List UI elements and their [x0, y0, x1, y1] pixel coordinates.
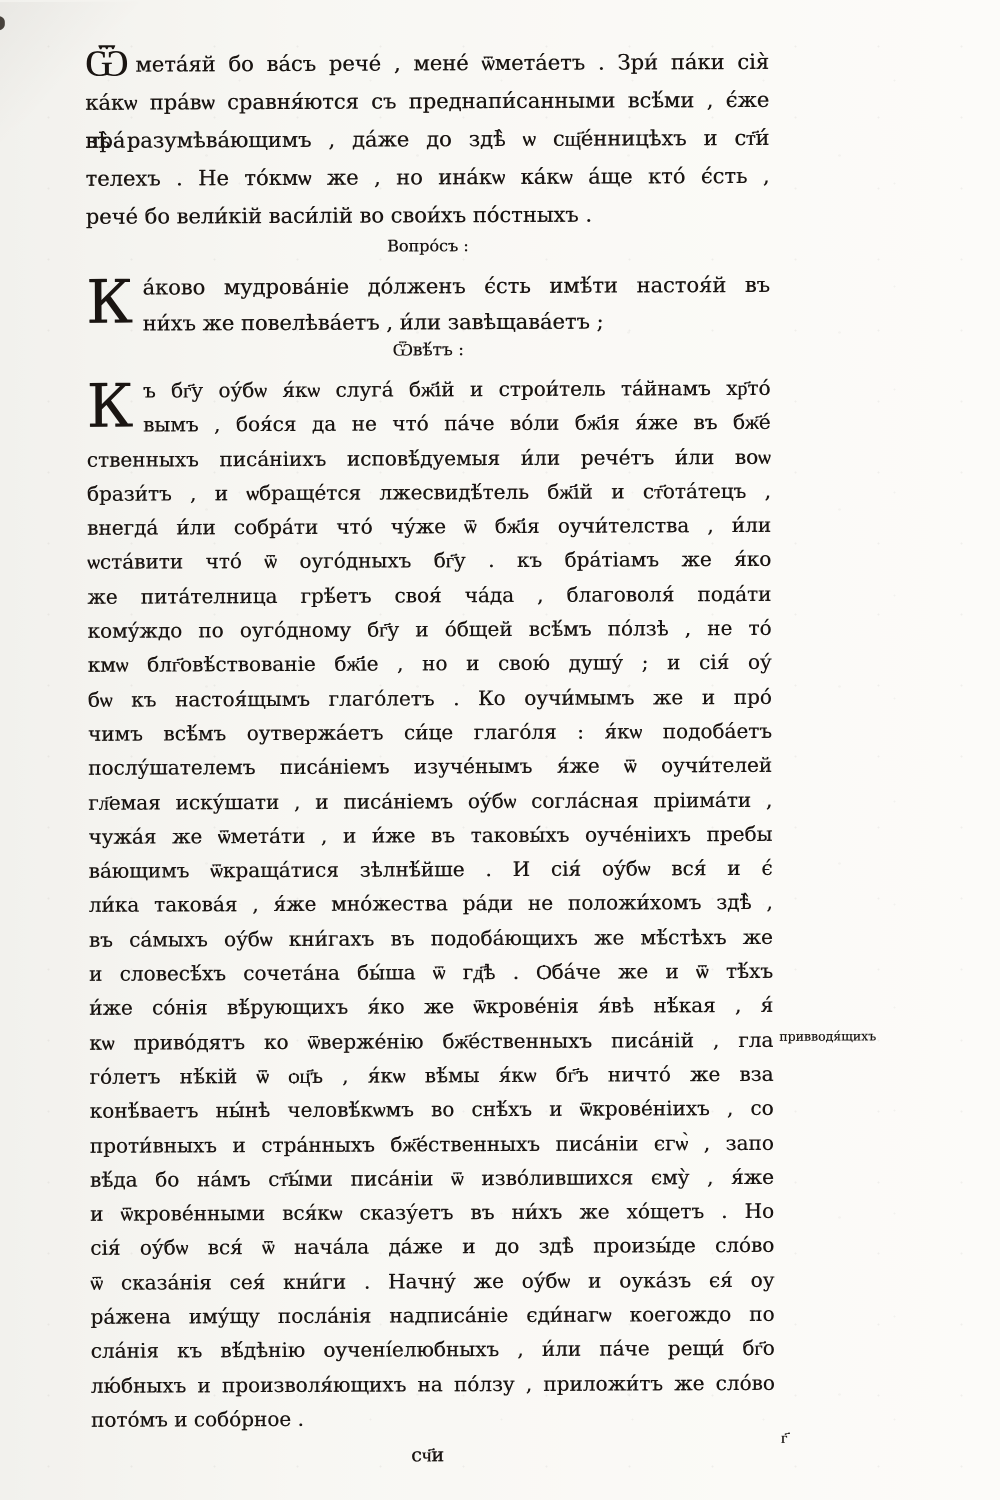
text-line: вѣ́да бо на́мъ ст҃ы́ми писа́ніи ѿ изво́л…: [90, 1160, 774, 1197]
answer-heading: Ѿвѣ́тъ :: [86, 339, 770, 362]
text-line: внегда́ и́ли собра́ти что́ чу́же ѿ бж҃ія…: [87, 508, 771, 545]
page-number: сч҃и: [411, 1444, 444, 1467]
margin-note: привводя́щихъ: [779, 1028, 876, 1043]
text-line: вѣ̀ разумѣва́ющимъ , да́же до здѣ̀ ѡ сщ҃…: [85, 119, 769, 160]
text-line: конѣ́ваетъ ны́нѣ человѣ́кѡмъ во снѣ́хъ и…: [89, 1091, 773, 1128]
paragraph-question: К а́ково мудрова́ніе до́лженъ є́сть имѣ́…: [86, 267, 770, 342]
text-line: ни́хъ же повелѣва́етъ , и́ли завѣщава́ет…: [86, 303, 770, 342]
paragraph-answer-lines: ъ бг҃у оу́бѡ я́кѡ слуга́ бж҃ій и строи́т…: [86, 371, 775, 1437]
text-line: ственныхъ писа́ніихъ исповѣ́дуемыя и́ли …: [87, 439, 771, 476]
text-line: а́ково мудрова́ніе до́лженъ є́сть имѣ́ти…: [86, 267, 770, 306]
text-line: бѡ къ настоя́щымъ глаго́летъ . Ко оучи́м…: [88, 679, 772, 716]
text-line: мета́яй бо ва́съ рече́ , мене́ ѿмета́етъ…: [85, 43, 769, 84]
text-line: ли́ка такова́я , я́же мно́жества ра́ди н…: [89, 885, 773, 922]
text-line: телехъ . Не то́кмѡ же , но ина́кѡ ка́кѡ …: [85, 157, 769, 198]
text-line: сія́ оу́бѡ вся́ ѿ нача́ла да́же и до здѣ…: [90, 1228, 774, 1265]
text-line: кѡ приво́дятъ ко ѿверже́нію бж҃е́ственны…: [89, 1022, 773, 1059]
initial-letter-ot: Ѿ: [85, 44, 129, 84]
text-line: и́же со́нія вѣ́рующихъ я́ко же ѿкрове́ні…: [89, 988, 773, 1025]
text-line: послу́шателемъ писа́ніемъ изуче́нымъ я́ж…: [88, 748, 772, 785]
paragraph-intro-lines: мета́яй бо ва́съ рече́ , мене́ ѿмета́етъ…: [85, 43, 770, 236]
text-line: го́летъ нѣ́кій ѿ ѻц҃ъ , я́кѡ вѣ́мы я́кѡ …: [89, 1057, 773, 1094]
text-line: кому́ждо по оуго́дному бг҃у и о́бщей всѣ…: [87, 611, 771, 648]
text-line: и ѿкрове́нными вся́кѡ сказу́етъ въ ни́хъ…: [90, 1194, 774, 1231]
scan-artifact: [0, 16, 5, 30]
text-line: пото́мъ и собо́рное .: [91, 1400, 775, 1437]
quire-signature: г҃: [781, 1429, 787, 1448]
text-line: гл҃емая иску́шати , и писа́ніемъ оу́бѡ с…: [88, 782, 772, 819]
text-line: въ са́мыхъ оу́бѡ кни́гахъ въ подоба́ющих…: [89, 920, 773, 957]
text-line: ъ бг҃у оу́бѡ я́кѡ слуга́ бж҃ій и строи́т…: [86, 371, 770, 408]
paragraph-answer: К ъ бг҃у оу́бѡ я́кѡ слуга́ бж҃ій и строи…: [86, 371, 775, 1437]
question-heading: Вопро́съ :: [86, 235, 770, 257]
book-page: Ѿ мета́яй бо ва́съ рече́ , мене́ ѿмета́е…: [0, 0, 1000, 1500]
text-line: ра́жена иму́щу посла́нія надписа́ніе єди…: [90, 1297, 774, 1334]
text-line: проти́вныхъ и стра́нныхъ бж҃е́ственныхъ …: [90, 1125, 774, 1162]
text-line: вымъ , боя́ся да не что́ па́че во́ли бж҃…: [87, 405, 771, 442]
text-line: же пита́телница грѣ́етъ своя́ ча́да , бл…: [87, 577, 771, 614]
text-line: чимъ всѣ́мъ оутвержа́етъ си́це глаго́ля …: [88, 714, 772, 751]
text-line: чужа́я же ѿмета́ти , и и́же въ таковы́хъ…: [88, 817, 772, 854]
text-line: и словесѣ́хъ сочета́на бы́ша ѿ гд҃ѣ . Ѻб…: [89, 954, 773, 991]
text-line: лю́бныхъ и произволя́ющихъ на по́лзу , п…: [91, 1365, 775, 1402]
text-line: брази́тъ , и ѡбраще́тся лжесвидѣ́тель бж…: [87, 474, 771, 511]
text-line: ѡста́вити что́ ѿ оуго́дныхъ бг҃у . къ бр…: [87, 542, 771, 579]
text-line: кмѡ блг҃овѣ́ствованіе бж҃іе , но и свою́…: [88, 645, 772, 682]
paragraph-question-lines: а́ково мудрова́ніе до́лженъ є́сть имѣ́ти…: [86, 267, 770, 342]
paragraph-intro: Ѿ мета́яй бо ва́съ рече́ , мене́ ѿмета́е…: [85, 43, 770, 236]
text-line: ѿ сказа́нія сея́ кни́ги . Начну́ же оу́б…: [90, 1263, 774, 1300]
text-line: ка́кѡ пра́вѡ сравня́ются съ преднапи́сан…: [85, 81, 769, 122]
drop-cap-k: К: [86, 272, 133, 334]
drop-cap-k: К: [86, 376, 133, 438]
text-line: ва́ющимъ ѿкраща́тися зѣлнѣ́йше . И сія́ …: [88, 851, 772, 888]
text-line: сла́нія къ вѣ́дѣнію оучені́елюбныхъ , и́…: [91, 1331, 775, 1368]
text-line: рече́ бо вели́кій васи́лій во свои́хъ по…: [86, 195, 770, 236]
